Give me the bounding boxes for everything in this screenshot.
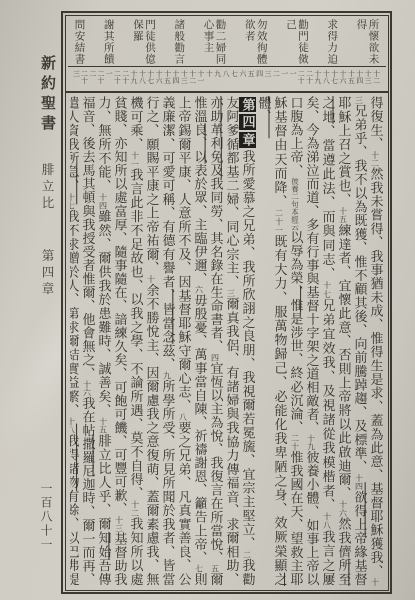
scripture-text: 欲得上帝緣	[352, 490, 367, 558]
scripture-text: 我言此非不足故也、以我之學、不論所遇、莫不自得、	[128, 168, 143, 500]
summary-verse-numeral: 二十二	[89, 70, 105, 90]
scanned-book-page: { "margin": { "title": "新約聖書", "book": "…	[0, 0, 415, 600]
scripture-text: 以辱為榮、惟是涉世、終必沉淪、	[288, 230, 303, 434]
proper-name: 帖撒羅尼迦	[80, 423, 95, 491]
scripture-text: 二婦、同心宗主、	[224, 178, 239, 288]
verse-number-marker: 七	[195, 564, 204, 572]
verse-number-marker: 十六	[83, 380, 92, 396]
verse-number-marker: 十四	[355, 473, 364, 489]
scripture-text: 兄弟乎、我不以為既獲、惟不顧其後、向前騰踔趨、及標準、	[352, 104, 367, 474]
proper-name: 革利免	[208, 123, 223, 164]
summary-verse-numeral: 一	[281, 70, 289, 77]
section-summary-titles: 所懷欲未得求得力迫勸門徒傚己勿效徇體欲者勸二婦同心事主諸般勸言門徒供億保羅謝其所…	[68, 16, 386, 67]
proper-name: 腓立比	[96, 434, 111, 476]
verse-number-marker: 十八	[323, 512, 332, 530]
summary-section-title: 勸二婦同心事主	[203, 19, 227, 65]
scripture-text: 宜恆以主為悅、我復言在所當悅、	[208, 361, 223, 564]
proper-name: 基督耶穌	[176, 288, 191, 343]
summary-section-title: 謝其所饋	[103, 19, 115, 65]
scripture-text: 由天而降、	[272, 138, 287, 208]
scripture-text: 守爾心志、	[176, 343, 191, 412]
scripture-text: 雖然、爾供我於患難時、誠善矣、	[96, 209, 111, 417]
proper-name: 友阿爹	[224, 96, 239, 137]
summary-section-title: 門徒供億保羅	[132, 19, 156, 65]
scripture-text: 我得諸物有餘、	[70, 434, 79, 531]
proper-name: 基督	[112, 531, 127, 558]
margin-chapter-label: 第四章	[38, 249, 56, 299]
summary-verse-numeral: 十五	[347, 70, 355, 84]
summary-verse-numeral: 十四	[172, 70, 180, 84]
scripture-text: 我所愛慕之兄弟、我所欣詡之良朋、我視爾若冕旒、宜宗主堅立、	[240, 149, 255, 550]
summary-verse-numeral: 十九	[130, 70, 138, 84]
proper-name: 馬其頓	[80, 163, 95, 204]
chapter-heading-char: 章	[239, 132, 256, 148]
scripture-text: 我在	[80, 396, 95, 423]
scripture-text: 獲我、	[368, 536, 383, 577]
proper-name: 基督耶穌	[368, 482, 383, 537]
scripture-text: 練達者、宜懷此意、否則上帝將以此啟迪爾、	[336, 223, 351, 500]
proper-name: 循都基	[224, 137, 239, 178]
verse-number-marker: 六	[195, 285, 204, 293]
verse-number-marker: 十七	[70, 192, 76, 209]
verse-number-marker: 十五	[99, 417, 108, 434]
summary-verse-numeral: 十四	[356, 70, 364, 84]
summary-section-title: 求得力迫	[326, 19, 338, 65]
verse-number-marker: 十五	[339, 206, 348, 223]
summary-verse-numeral: 十	[205, 70, 213, 77]
verse-number-marker: 十	[147, 275, 156, 283]
summary-verse-numeral: 九	[214, 70, 222, 77]
summary-verse-numeral: 十七	[147, 70, 155, 84]
summary-verse-numeral: 二十三	[73, 70, 89, 90]
summary-verse-numeral: 十三	[180, 70, 188, 84]
scripture-text: 十字架之道相敵者、	[304, 312, 319, 434]
summary-section-title: 勸門徒傚己	[285, 19, 309, 65]
summary-verse-numeral: 十三	[364, 70, 372, 84]
scripture-text: 毋殷憂、萬事當自陳、祈禱謝恩、籲告上帝、	[192, 293, 207, 564]
summary-verse-numeral: 二十一	[289, 70, 305, 90]
section-summary-verse-numbers: 十二十三十四十五十六十七十八十九二十二十一一二三四五六七八九十十一十二十三十四十…	[68, 68, 386, 90]
content-frame-inner-border: 所懷欲未得求得力迫勸門徒傚己勿效徇體欲者勸二婦同心事主諸般勸言門徒供億保羅謝其所…	[65, 15, 389, 591]
summary-verse-numeral: 十二	[373, 70, 381, 84]
summary-section-title: 諸般勸言	[173, 19, 185, 65]
scripture-text: 得復生、	[368, 96, 383, 151]
summary-section-title: 所懷欲未得	[356, 19, 380, 65]
summary-verse-numeral: 二十一	[105, 70, 121, 90]
proper-name: 以巴弗提	[70, 531, 79, 586]
scripture-text: 我不求贈於人、第求爾結實益繁、	[70, 209, 79, 417]
scripture-text: 上召之賞也、	[336, 123, 351, 206]
summary-verse-numeral: 五	[247, 70, 255, 77]
summary-verse-numeral: 十六	[339, 70, 347, 84]
scripture-text: 然我未嘗得、我事猶未成、惟得生是求、蓋為此意、	[368, 167, 383, 482]
verse-number-marker: 九	[163, 371, 172, 379]
interlinear-note: 彼養二句本經云	[291, 177, 300, 230]
summary-verse-numeral: 十八	[138, 70, 146, 84]
chapter-heading: 第四章	[240, 96, 255, 149]
margin-book-title: 新約聖書	[38, 55, 59, 135]
scripture-text: 惟我國在天、望救主	[288, 450, 303, 572]
summary-verse-numeral: 十一	[197, 70, 205, 84]
scripture-text: 及我同勞、其名錄在生命書者、	[208, 163, 223, 353]
summary-verse-numeral: 十九	[314, 70, 322, 84]
verse-number-marker: 十一	[131, 151, 140, 168]
verse-number-marker: 十三	[115, 515, 124, 531]
summary-verse-numeral: 七	[231, 70, 239, 77]
scripture-text: 我勸	[240, 558, 255, 585]
section-summary-band: 所懷欲未得求得力迫勸門徒傚己勿效徇體欲者勸二婦同心事主諸般勸言門徒供億保羅謝其所…	[66, 16, 388, 93]
verse-number-marker: 十八	[70, 417, 76, 434]
margin-book-name: 腓立比	[38, 163, 56, 213]
summary-verse-numeral: 六	[239, 70, 247, 77]
summary-verse-numeral: 三	[264, 70, 272, 77]
summary-verse-numeral: 八	[222, 70, 230, 77]
summary-verse-numeral: 十七	[331, 70, 339, 84]
content-frame: 所懷欲未得求得力迫勸門徒傚己勿效徇體欲者勸二婦同心事主諸般勸言門徒供億保羅謝其所…	[61, 11, 392, 594]
summary-section-title: 問安結書	[74, 19, 86, 65]
scripture-body-text: 得復生、十二然我未嘗得、我事猶未成、惟得生是求、蓋為此意、基督耶穌獲我、十三兄弟…	[70, 96, 383, 586]
verse-number-marker: 二十	[291, 434, 300, 450]
summary-verse-numeral: 十六	[155, 70, 163, 84]
proper-name: 基督	[304, 285, 319, 312]
verse-number-marker: 二十一	[275, 208, 284, 234]
chapter-heading-char: 四	[239, 114, 256, 130]
verse-number-marker: 十六	[339, 500, 348, 517]
summary-verse-numeral: 二	[272, 70, 280, 77]
verse-number-marker: 三	[227, 288, 236, 296]
summary-verse-numeral: 十八	[322, 70, 330, 84]
verse-number-marker: 十七	[323, 281, 332, 299]
scripture-text: 兄弟宜效我、及視諸從我模楷者、	[320, 298, 335, 512]
verse-number-marker: 二	[243, 550, 252, 558]
summary-verse-numeral: 十五	[164, 70, 172, 84]
verse-number-marker: 十二	[131, 500, 140, 517]
verse-number-marker: 四	[211, 353, 220, 361]
verse-number-marker: 十九	[307, 434, 316, 450]
summary-verse-numeral: 四	[256, 70, 264, 77]
verse-number-marker: 八	[179, 412, 188, 420]
summary-verse-numeral: 十二	[189, 70, 197, 84]
summary-verse-numeral: 二十	[122, 70, 130, 84]
margin-page-number: 一百八十一	[38, 482, 55, 552]
verse-number-marker: 十二	[371, 150, 380, 166]
verse-number-marker: 五	[211, 564, 220, 572]
scripture-text: 與我授受者惟爾、他會無之、	[80, 204, 95, 380]
verse-number-marker: 十四	[99, 192, 108, 209]
summary-section-title: 勿效徇體欲者	[244, 19, 268, 65]
summary-verse-numeral: 二十	[306, 70, 314, 84]
chapter-heading-char: 第	[239, 97, 256, 113]
